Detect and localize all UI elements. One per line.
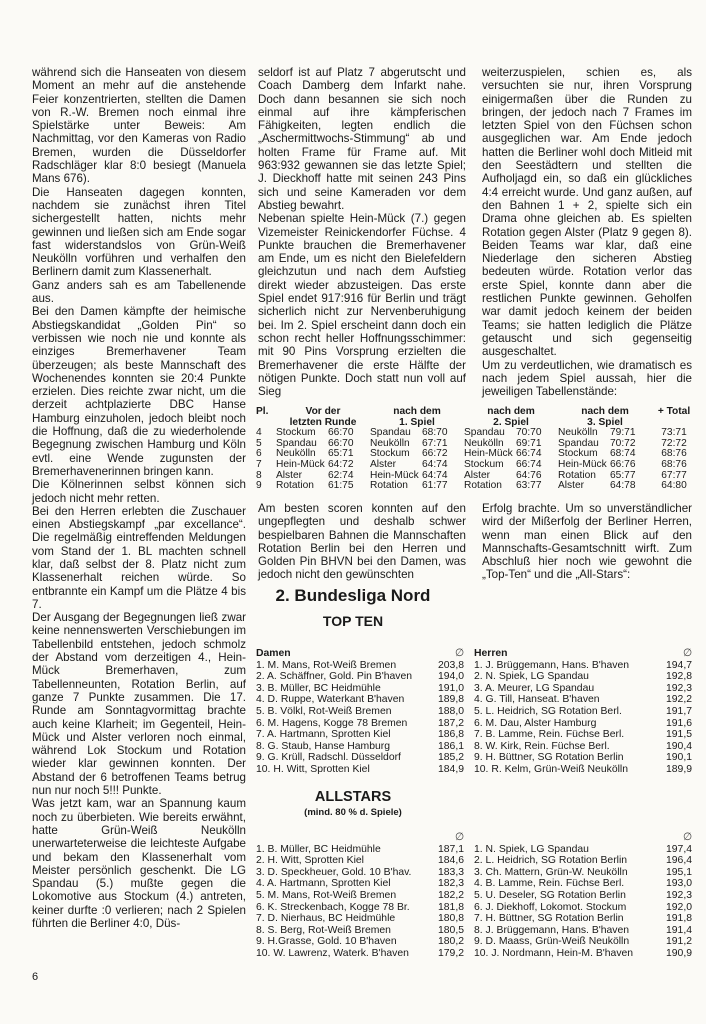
list-title: Damen (256, 648, 424, 660)
player-average: 192,0 (652, 902, 692, 914)
list-item: 4. A. Hartmann, Sprotten Kiel182,3 (256, 878, 464, 890)
player-average: 191,8 (652, 913, 692, 925)
player-average: 196,4 (652, 855, 692, 867)
list-header: ∅ (474, 832, 692, 844)
header-game-1: nach dem1. Spiel (370, 407, 464, 428)
article-column-3: weiterzuspielen, schien es, als versucht… (482, 66, 692, 398)
score-cell: 66:76 (610, 460, 652, 471)
team-cell: Hein-Mück (276, 460, 328, 471)
list-item: 6. J. Diekhoff, Lokomot. Stockum192,0 (474, 902, 692, 914)
player-name: 5. B. Völkl, Rot-Weiß Bremen (256, 706, 424, 718)
player-average: 186,1 (424, 741, 464, 753)
player-name: 4. D. Ruppe, Waterkant B'haven (256, 694, 424, 706)
player-name: 2. H. Witt, Sprotten Kiel (256, 855, 424, 867)
player-average: 194,0 (424, 671, 464, 683)
player-average: 193,0 (652, 878, 692, 890)
average-symbol-icon: ∅ (424, 832, 464, 844)
list-item: 2. L. Heidrich, SG Rotation Berlin196,4 (474, 855, 692, 867)
article-column-2-continued: Am besten scoren konnten auf den ungepfl… (258, 502, 466, 582)
player-average: 187,1 (424, 844, 464, 856)
player-average: 189,9 (652, 764, 692, 776)
average-symbol-icon: ∅ (424, 648, 464, 660)
player-name: 7. D. Nierhaus, BC Heidmühle (256, 913, 424, 925)
list-item: 8. G. Staub, Hanse Hamburg186,1 (256, 741, 464, 753)
player-name: 9. H.Grasse, Gold. 10 B'haven (256, 936, 424, 948)
player-name: 6. M. Hagens, Kogge 78 Bremen (256, 718, 424, 730)
player-average: 195,1 (652, 867, 692, 879)
player-average: 180,5 (424, 925, 464, 937)
player-name: 5. M. Mans, Rot-Weiß Bremen (256, 890, 424, 902)
standings-header-row: Pl. Vor derletzten Runde nach dem1. Spie… (256, 407, 696, 428)
player-average: 180,8 (424, 913, 464, 925)
player-name: 3. A. Meurer, LG Spandau (474, 683, 652, 695)
list-item: 6. M. Dau, Alster Hamburg191,6 (474, 718, 692, 730)
player-name: 3. D. Speckheuer, Gold. 10 B'hav. (256, 867, 424, 879)
list-item: 10. W. Lawrenz, Waterk. B'haven179,2 (256, 948, 464, 960)
list-item: 3. Ch. Mattern, Grün-W. Neukölln195,1 (474, 867, 692, 879)
player-average: 184,6 (424, 855, 464, 867)
topten-damen-list: Damen ∅ 1. M. Mans, Rot-Weiß Bremen203,8… (256, 648, 464, 776)
paragraph: Die Hanseaten dagegen konnten, nachdem s… (32, 186, 246, 279)
player-average: 194,7 (652, 660, 692, 672)
team-cell: Stockum (464, 460, 516, 471)
player-average: 187,2 (424, 718, 464, 730)
score-cell: 64:74 (422, 460, 464, 471)
list-item: 6. M. Hagens, Kogge 78 Bremen187,2 (256, 718, 464, 730)
article-column-2: seldorf ist auf Platz 7 abgerutscht und … (258, 66, 466, 398)
paragraph: Um zu verdeutlichen, wie dramatisch es n… (482, 359, 692, 399)
list-item: 9. H. Büttner, SG Rotation Berlin190,1 (474, 752, 692, 764)
player-average: 182,3 (424, 878, 464, 890)
player-name: 6. M. Dau, Alster Hamburg (474, 718, 652, 730)
player-name: 9. H. Büttner, SG Rotation Berlin (474, 752, 652, 764)
player-name: 7. A. Hartmann, Sprotten Kiel (256, 729, 424, 741)
list-item: 4. B. Lamme, Rein. Füchse Berl.193,0 (474, 878, 692, 890)
list-item: 7. B. Lamme, Rein. Füchse Berl.191,5 (474, 729, 692, 741)
standings-row: 7Hein-Mück64:72Alster64:74Stockum66:74He… (256, 460, 696, 471)
player-average: 183,3 (424, 867, 464, 879)
player-average: 190,9 (652, 948, 692, 960)
player-average: 191,6 (652, 718, 692, 730)
team-cell: Alster (370, 460, 422, 471)
allstars-herren-list: ∅ 1. N. Spiek, LG Spandau197,42. L. Heid… (474, 832, 692, 960)
list-item: 1. M. Mans, Rot-Weiß Bremen203,8 (256, 660, 464, 672)
player-name: 1. N. Spiek, LG Spandau (474, 844, 652, 856)
place-cell: 7 (256, 460, 276, 471)
list-item: 4. G. Till, Hanseat. B'haven192,2 (474, 694, 692, 706)
score-cell: 61:75 (328, 481, 370, 492)
player-name: 10. H. Witt, Sprotten Kiel (256, 764, 424, 776)
player-name: 1. J. Brüggemann, Hans. B'haven (474, 660, 652, 672)
allstars-heading: ALLSTARS (0, 789, 706, 805)
paragraph: weiterzuspielen, schien es, als versucht… (482, 66, 692, 359)
player-average: 192,3 (652, 683, 692, 695)
average-symbol-icon: ∅ (652, 832, 692, 844)
list-item: 6. K. Streckenbach, Kogge 78 Br.181,8 (256, 902, 464, 914)
list-item: 3. B. Müller, BC Heidmühle191,0 (256, 683, 464, 695)
list-item: 10. J. Nordmann, Hein-M. B'haven190,9 (474, 948, 692, 960)
team-cell: Hein-Mück (558, 460, 610, 471)
team-cell: Rotation (276, 481, 328, 492)
list-header: Damen ∅ (256, 648, 464, 660)
list-item: 9. D. Maass, Grün-Weiß Neukölln191,2 (474, 936, 692, 948)
list-item: 10. H. Witt, Sprotten Kiel184,9 (256, 764, 464, 776)
player-name: 10. R. Kelm, Grün-Weiß Neukölln (474, 764, 652, 776)
player-name: 2. L. Heidrich, SG Rotation Berlin (474, 855, 652, 867)
player-name: 6. K. Streckenbach, Kogge 78 Br. (256, 902, 424, 914)
list-item: 2. H. Witt, Sprotten Kiel184,6 (256, 855, 464, 867)
player-average: 184,9 (424, 764, 464, 776)
topten-herren-list: Herren ∅ 1. J. Brüggemann, Hans. B'haven… (474, 648, 692, 776)
list-header: ∅ (256, 832, 464, 844)
paragraph: Nebenan spielte Hein-Mück (7.) gegen Viz… (258, 212, 466, 398)
player-name: 10. J. Nordmann, Hein-M. B'haven (474, 948, 652, 960)
player-average: 192,2 (652, 694, 692, 706)
list-item: 10. R. Kelm, Grün-Weiß Neukölln189,9 (474, 764, 692, 776)
score-cell: 66:74 (516, 460, 558, 471)
list-item: 5. U. Deseler, SG Rotation Berlin192,3 (474, 890, 692, 902)
standings-row: 9Rotation61:75Rotation61:77Rotation63:77… (256, 481, 696, 492)
team-cell: Rotation (464, 481, 516, 492)
player-average: 192,8 (652, 671, 692, 683)
player-name: 5. U. Deseler, SG Rotation Berlin (474, 890, 652, 902)
list-title: Herren (474, 648, 652, 660)
player-name: 9. G. Krüll, Radschl. Düsseldorf (256, 752, 424, 764)
list-item: 1. N. Spiek, LG Spandau197,4 (474, 844, 692, 856)
player-name: 6. J. Diekhoff, Lokomot. Stockum (474, 902, 652, 914)
allstars-damen-list: ∅ 1. B. Müller, BC Heidmühle187,12. H. W… (256, 832, 464, 960)
player-average: 191,0 (424, 683, 464, 695)
player-average: 190,1 (652, 752, 692, 764)
player-average: 182,2 (424, 890, 464, 902)
list-item: 5. B. Völkl, Rot-Weiß Bremen188,0 (256, 706, 464, 718)
player-name: 1. M. Mans, Rot-Weiß Bremen (256, 660, 424, 672)
player-average: 191,4 (652, 925, 692, 937)
player-average: 180,2 (424, 936, 464, 948)
topten-heading: TOP TEN (0, 613, 706, 629)
score-cell: 63:77 (516, 481, 558, 492)
player-name: 8. W. Kirk, Rein. Füchse Berl. (474, 741, 652, 753)
score-cell: 64:72 (328, 460, 370, 471)
player-name: 8. S. Berg, Rot-Weiß Bremen (256, 925, 424, 937)
player-name: 4. B. Lamme, Rein. Füchse Berl. (474, 878, 652, 890)
player-name: 2. N. Spiek, LG Spandau (474, 671, 652, 683)
player-name: 1. B. Müller, BC Heidmühle (256, 844, 424, 856)
score-cell: 64:78 (610, 481, 652, 492)
header-before: Vor derletzten Runde (276, 407, 370, 428)
header-game-2: nach dem2. Spiel (464, 407, 558, 428)
list-item: 1. J. Brüggemann, Hans. B'haven194,7 (474, 660, 692, 672)
list-item: 1. B. Müller, BC Heidmühle187,1 (256, 844, 464, 856)
player-average: 197,4 (652, 844, 692, 856)
paragraph: Am besten scoren konnten auf den ungepfl… (258, 502, 466, 582)
list-item: 7. H. Büttner, SG Rotation Berlin191,8 (474, 913, 692, 925)
list-item: 7. A. Hartmann, Sprotten Kiel186,8 (256, 729, 464, 741)
player-name: 3. Ch. Mattern, Grün-W. Neukölln (474, 867, 652, 879)
player-average: 191,5 (652, 729, 692, 741)
player-average: 191,2 (652, 936, 692, 948)
header-total: + Total (652, 407, 696, 428)
article-column-3-continued: Erfolg brachte. Um so unverständlicher w… (482, 502, 692, 582)
team-cell: Alster (558, 481, 610, 492)
list-item: 7. D. Nierhaus, BC Heidmühle180,8 (256, 913, 464, 925)
score-cell: 61:77 (422, 481, 464, 492)
list-header: Herren ∅ (474, 648, 692, 660)
player-name: 3. B. Müller, BC Heidmühle (256, 683, 424, 695)
player-name: 4. A. Hartmann, Sprotten Kiel (256, 878, 424, 890)
player-average: 186,8 (424, 729, 464, 741)
list-item: 8. S. Berg, Rot-Weiß Bremen180,5 (256, 925, 464, 937)
list-item: 9. G. Krüll, Radschl. Düsseldorf185,2 (256, 752, 464, 764)
player-name: 2. A. Schäffner, Gold. Pin B'haven (256, 671, 424, 683)
paragraph: Ganz anders sah es am Tabellenende aus. (32, 279, 246, 306)
average-symbol-icon: ∅ (652, 648, 692, 660)
player-average: 189,8 (424, 694, 464, 706)
header-game-3: nach dem3. Spiel (558, 407, 652, 428)
list-item: 8. J. Brüggemann, Hans. B'haven191,4 (474, 925, 692, 937)
list-item: 2. N. Spiek, LG Spandau192,8 (474, 671, 692, 683)
player-average: 190,4 (652, 741, 692, 753)
player-name: 5. L. Heidrich, SG Rotation Berl. (474, 706, 652, 718)
team-cell: Rotation (370, 481, 422, 492)
header-place: Pl. (256, 407, 276, 428)
player-average: 203,8 (424, 660, 464, 672)
list-item: 8. W. Kirk, Rein. Füchse Berl.190,4 (474, 741, 692, 753)
list-item: 4. D. Ruppe, Waterkant B'haven189,8 (256, 694, 464, 706)
player-name: 7. B. Lamme, Rein. Füchse Berl. (474, 729, 652, 741)
player-average: 191,7 (652, 706, 692, 718)
list-item: 3. D. Speckheuer, Gold. 10 B'hav.183,3 (256, 867, 464, 879)
place-cell: 9 (256, 481, 276, 492)
total-cell: 68:76 (652, 460, 696, 471)
list-item: 9. H.Grasse, Gold. 10 B'haven180,2 (256, 936, 464, 948)
player-name: 8. J. Brüggemann, Hans. B'haven (474, 925, 652, 937)
player-name: 9. D. Maass, Grün-Weiß Neukölln (474, 936, 652, 948)
allstars-subheading: (mind. 80 % d. Spiele) (0, 807, 706, 818)
league-heading: 2. Bundesliga Nord (0, 586, 706, 606)
standings-table: Pl. Vor derletzten Runde nach dem1. Spie… (256, 407, 696, 492)
paragraph: Die Kölnerinnen selbst können sich jedoc… (32, 478, 246, 505)
player-average: 179,2 (424, 948, 464, 960)
list-item: 5. L. Heidrich, SG Rotation Berl.191,7 (474, 706, 692, 718)
player-name: 7. H. Büttner, SG Rotation Berlin (474, 913, 652, 925)
player-average: 185,2 (424, 752, 464, 764)
paragraph: während sich die Hanseaten von diesem Mo… (32, 66, 246, 186)
total-cell: 64:80 (652, 481, 696, 492)
page-number: 6 (32, 971, 38, 983)
player-average: 192,3 (652, 890, 692, 902)
player-average: 188,0 (424, 706, 464, 718)
player-name: 8. G. Staub, Hanse Hamburg (256, 741, 424, 753)
player-name: 4. G. Till, Hanseat. B'haven (474, 694, 652, 706)
player-average: 181,8 (424, 902, 464, 914)
paragraph: seldorf ist auf Platz 7 abgerutscht und … (258, 66, 466, 212)
paragraph: Bei den Damen kämpfte der heimische Abst… (32, 305, 246, 478)
paragraph: Der Ausgang der Begegnungen ließ zwar ke… (32, 611, 246, 797)
paragraph: Erfolg brachte. Um so unverständlicher w… (482, 502, 692, 582)
player-name: 10. W. Lawrenz, Waterk. B'haven (256, 948, 424, 960)
list-item: 2. A. Schäffner, Gold. Pin B'haven194,0 (256, 671, 464, 683)
list-item: 3. A. Meurer, LG Spandau192,3 (474, 683, 692, 695)
list-item: 5. M. Mans, Rot-Weiß Bremen182,2 (256, 890, 464, 902)
